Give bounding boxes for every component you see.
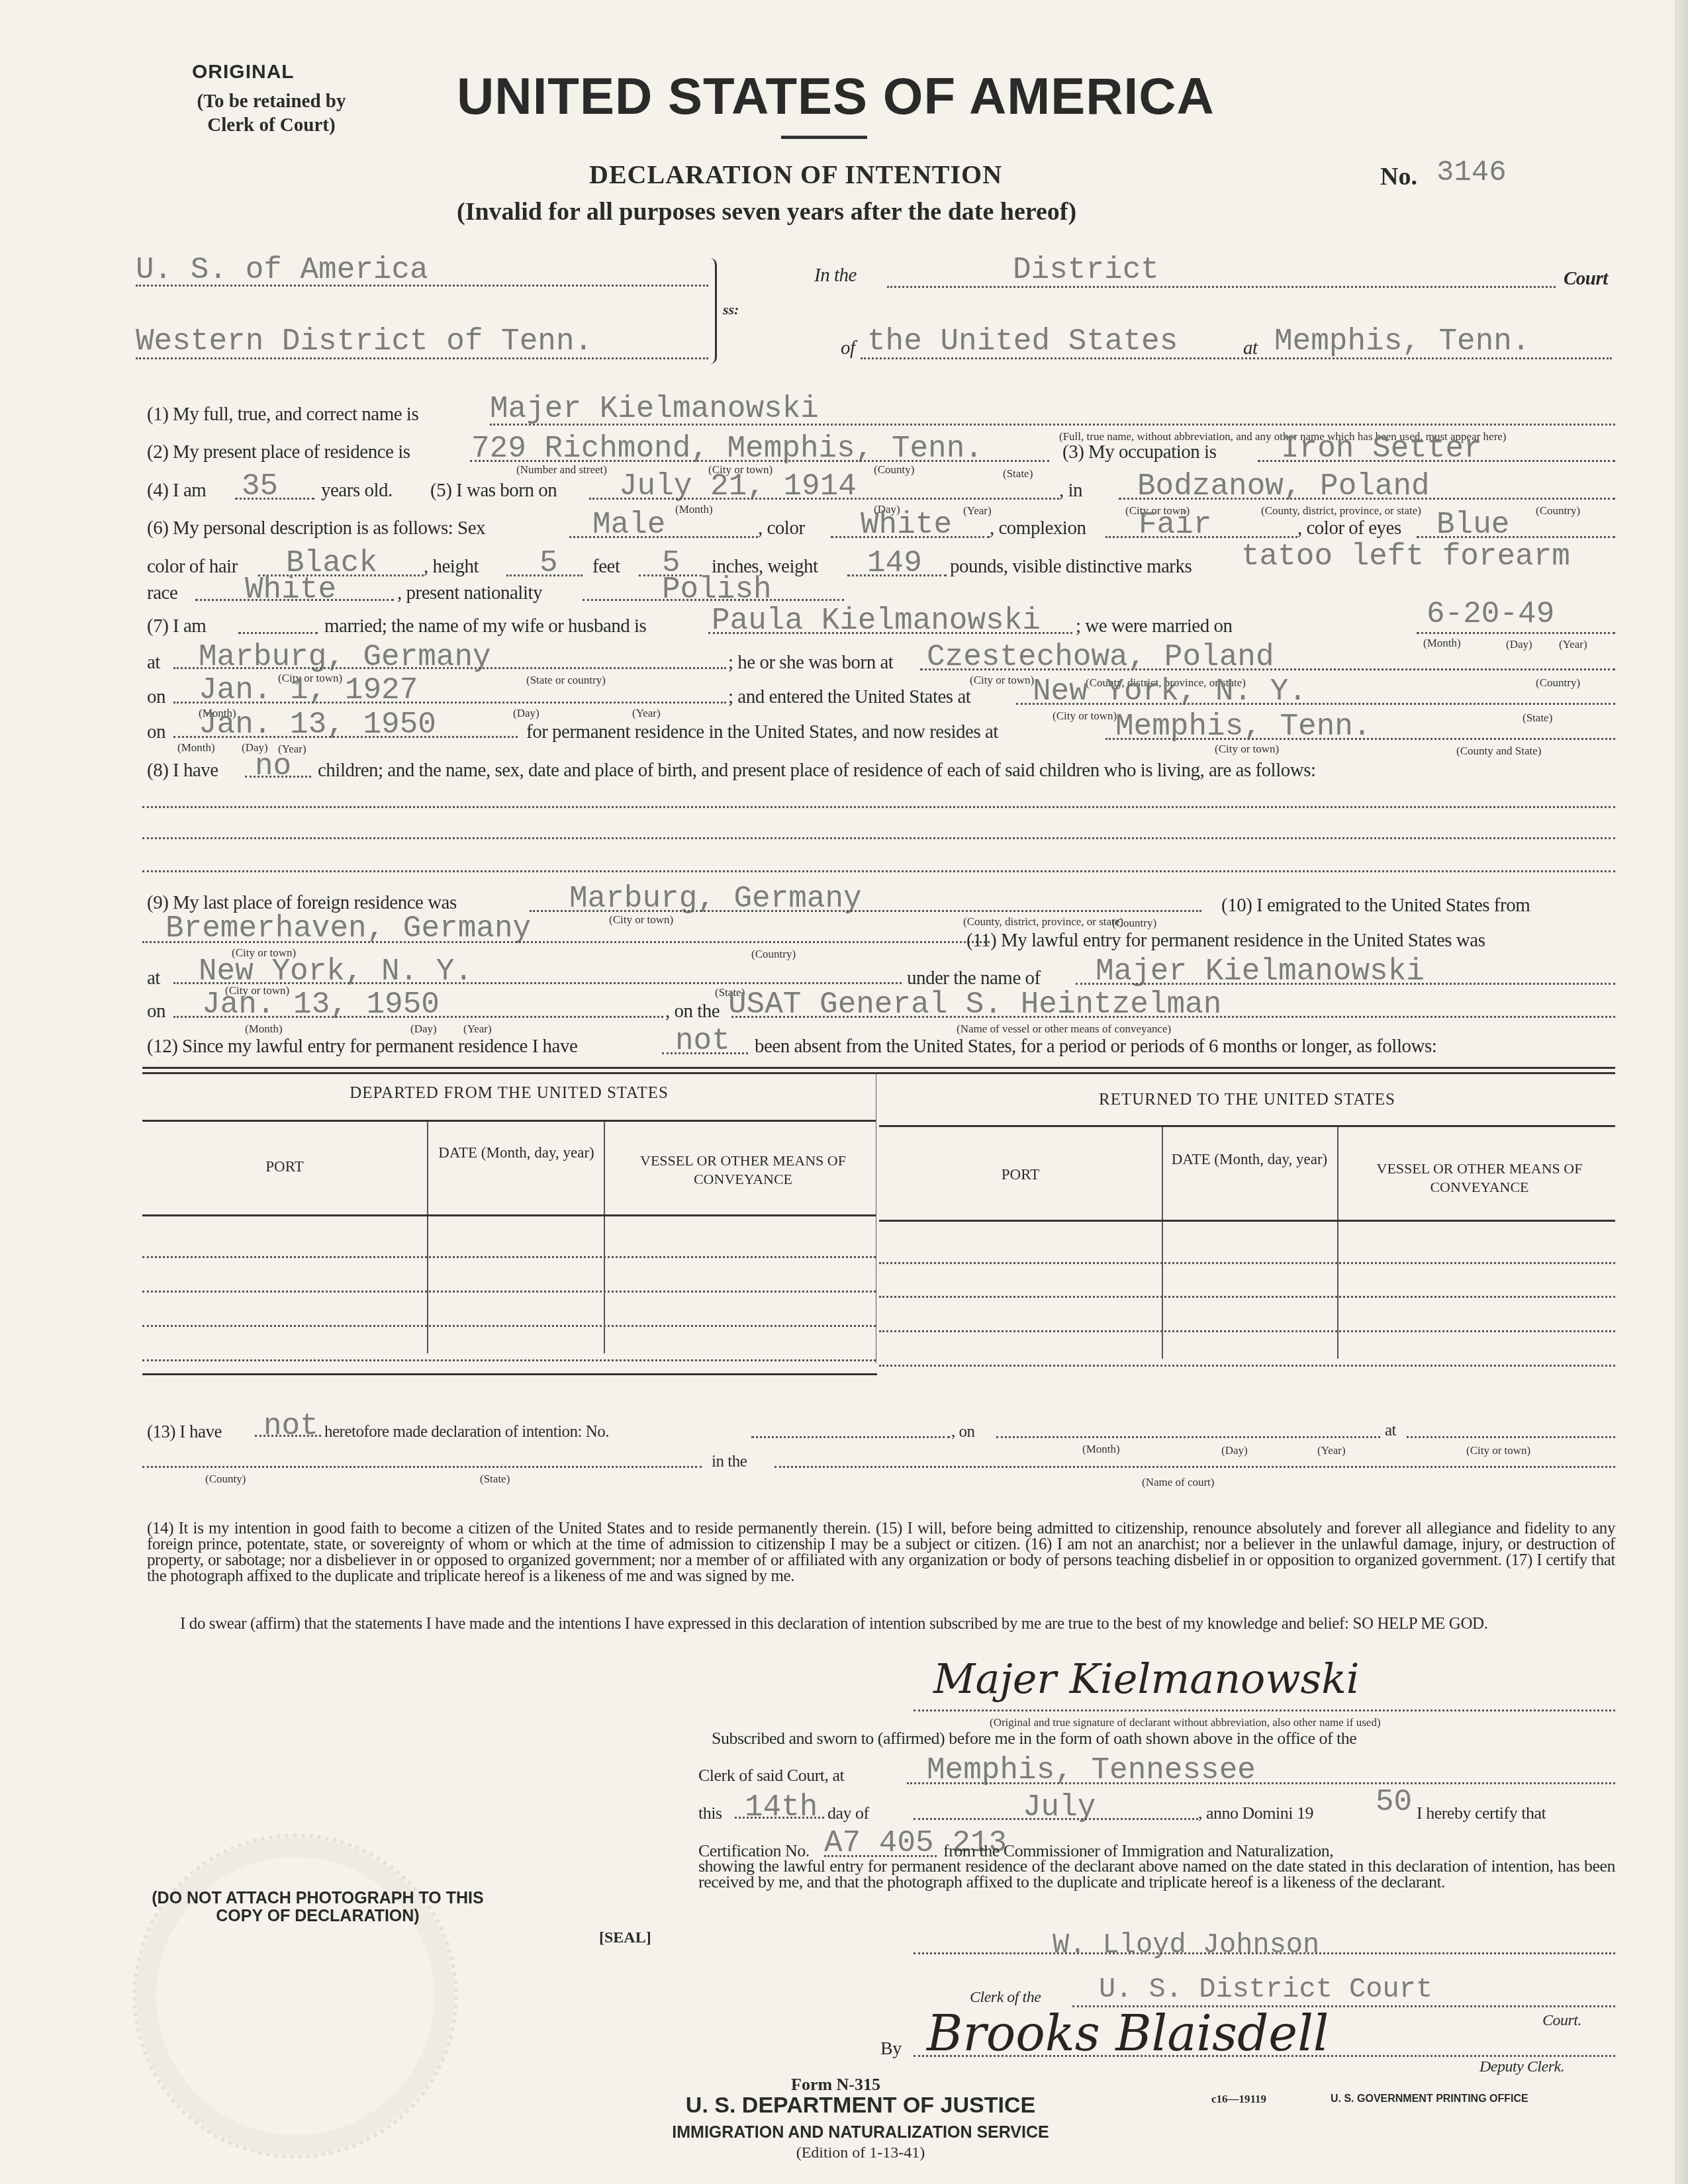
emigrated-from: Bremerhaven, Germany bbox=[165, 913, 531, 944]
entry-date-caption-day: (Day) bbox=[410, 1023, 437, 1036]
table-row[interactable] bbox=[879, 1365, 1615, 1367]
height-feet-line bbox=[506, 574, 583, 576]
table-row[interactable] bbox=[142, 1256, 876, 1258]
marriage-caption-day: (Day) bbox=[1506, 638, 1532, 651]
complexion-line bbox=[1105, 536, 1297, 538]
col-header-date-returned: DATE (Month, day, year) bbox=[1168, 1150, 1331, 1169]
of-label: of bbox=[841, 338, 855, 359]
cert-text-2: showing the lawful entry for permanent r… bbox=[698, 1858, 1615, 1890]
spouse-birthplace-line bbox=[920, 668, 1615, 670]
permanent-label: for permanent residence in the United St… bbox=[526, 721, 998, 743]
table-row[interactable] bbox=[142, 1359, 876, 1361]
q13-text: heretofore made declaration of intention… bbox=[324, 1423, 609, 1441]
spouse-residence-caption-state: (County and State) bbox=[1456, 745, 1541, 758]
vessel-caption: (Name of vessel or other means of convey… bbox=[957, 1023, 1171, 1036]
print-code: c16—19119 bbox=[1211, 2093, 1266, 2106]
table-row[interactable] bbox=[879, 1330, 1615, 1332]
col-header-port-returned: PORT bbox=[879, 1166, 1162, 1183]
marriage-place-line bbox=[173, 667, 726, 669]
retained-note-line-2: Clerk of Court) bbox=[146, 113, 397, 137]
height-label: , height bbox=[424, 556, 479, 578]
clerk-court: U. S. District Court bbox=[1099, 1976, 1432, 2003]
q2-caption-state: (State) bbox=[1003, 467, 1033, 480]
q2-label: (2) My present place of residence is bbox=[147, 441, 410, 463]
court-type: District bbox=[1013, 255, 1159, 285]
prior-city-line bbox=[1407, 1436, 1615, 1438]
q7-label: (7) I am bbox=[147, 615, 206, 637]
col-divider-4 bbox=[1337, 1127, 1338, 1359]
table-row[interactable] bbox=[879, 1262, 1615, 1264]
q10-caption-country: (Country) bbox=[751, 948, 796, 961]
form-title: DECLARATION OF INTENTION bbox=[589, 159, 1002, 190]
eye-color-line bbox=[1417, 536, 1615, 538]
entered-label: ; and entered the United States at bbox=[728, 686, 970, 708]
hair-label: color of hair bbox=[147, 556, 238, 578]
spouse-born-label: ; he or she was born at bbox=[728, 652, 893, 674]
weight-line bbox=[847, 574, 947, 576]
q4-label: (4) I am bbox=[147, 480, 206, 502]
residence-line bbox=[470, 460, 1049, 462]
edition: (Edition of 1-13-41) bbox=[596, 2144, 1125, 2162]
under-name-label: under the name of bbox=[907, 968, 1041, 989]
marriage-date-line bbox=[1417, 632, 1615, 634]
entry-date-caption-year: (Year) bbox=[463, 1023, 492, 1036]
prior-caption-year: (Year) bbox=[1317, 1444, 1346, 1457]
children-count-line bbox=[245, 776, 311, 778]
spouse-entry-place-line bbox=[1016, 703, 1615, 705]
by-label: By bbox=[880, 2038, 902, 2060]
this-label: this bbox=[698, 1803, 722, 1823]
venue-country-line bbox=[136, 285, 708, 287]
spouse-birthplace-caption-country: (Country) bbox=[1536, 676, 1580, 690]
certify-label: I hereby certify that bbox=[1417, 1803, 1546, 1823]
q4-suffix: years old. bbox=[321, 480, 393, 502]
table-center-divider bbox=[876, 1072, 879, 1363]
spouse-birth-caption-day: (Day) bbox=[513, 707, 539, 720]
prior-number-line bbox=[751, 1436, 950, 1438]
signature-caption: (Original and true signature of declaran… bbox=[990, 1716, 1381, 1729]
prior-county-state-line bbox=[142, 1466, 702, 1468]
sworn-month-line bbox=[914, 1818, 1198, 1820]
q11-label: (11) My lawful entry for permanent resid… bbox=[966, 930, 1485, 952]
court-location: Memphis, Tenn. bbox=[1274, 326, 1530, 357]
printer-name: U. S. GOVERNMENT PRINTING OFFICE bbox=[1331, 2093, 1528, 2105]
q10-label: (10) I emigrated to the United States fr… bbox=[1221, 895, 1530, 917]
spouse-birthplace-caption-city: (City or town) bbox=[970, 674, 1034, 687]
eyes-label: , color of eyes bbox=[1297, 518, 1401, 539]
prior-caption-month: (Month) bbox=[1082, 1443, 1120, 1456]
form-subtitle: (Invalid for all purposes seven years af… bbox=[457, 197, 1076, 226]
children-line-1 bbox=[142, 806, 1615, 808]
q5-label: (5) I was born on bbox=[430, 480, 557, 502]
clerk-at-label: Clerk of said Court, at bbox=[698, 1766, 844, 1786]
marriage-at-label: at bbox=[147, 652, 160, 674]
color-label: , color bbox=[758, 518, 805, 539]
sworn-day-line bbox=[735, 1817, 824, 1819]
table-row[interactable] bbox=[142, 1325, 876, 1327]
nationality-label: , present nationality bbox=[397, 582, 542, 604]
full-name: Majer Kielmanowski bbox=[490, 394, 819, 424]
nationality-line bbox=[583, 599, 844, 601]
race-label: race bbox=[147, 582, 177, 604]
court-type-line bbox=[887, 286, 1556, 288]
subscribed-text: Subscribed and sworn to (affirmed) befor… bbox=[712, 1729, 1356, 1749]
children-line-3 bbox=[142, 870, 1615, 872]
sex-line bbox=[569, 536, 758, 538]
venue-at-label: at bbox=[1243, 338, 1258, 359]
column-header-rule-right bbox=[879, 1220, 1615, 1222]
clerk-name-line bbox=[914, 1952, 1615, 1954]
q9-caption-province: (County, district, province, or state) bbox=[963, 915, 1123, 929]
oath-paragraph-1: (14) It is my intention in good faith to… bbox=[147, 1521, 1615, 1584]
clerk-location: Memphis, Tennessee bbox=[927, 1755, 1256, 1786]
married-status-line bbox=[238, 632, 318, 634]
marriage-caption-year: (Year) bbox=[1559, 638, 1587, 651]
venue-country: U. S. of America bbox=[136, 255, 428, 285]
clerk-location-line bbox=[907, 1782, 1615, 1784]
entry-date-caption-month: (Month) bbox=[245, 1023, 283, 1036]
race-line bbox=[195, 599, 394, 601]
last-foreign-residence-line bbox=[530, 910, 1201, 912]
col-header-port-departed: PORT bbox=[142, 1158, 427, 1175]
q1-label: (1) My full, true, and correct name is bbox=[147, 404, 418, 426]
deputy-signature: Brooks Blaisdell bbox=[927, 2005, 1329, 2062]
ss-label: ss: bbox=[723, 301, 739, 318]
departed-header-rule bbox=[142, 1120, 876, 1122]
spouse-residence-caption-city: (City or town) bbox=[1215, 743, 1279, 756]
birth-in-label: , in bbox=[1059, 480, 1082, 502]
prior-caption-court: (Name of court) bbox=[1142, 1476, 1215, 1489]
birth-place-line bbox=[1119, 498, 1615, 500]
q9-caption-city: (City or town) bbox=[609, 913, 673, 927]
photo-note-line-2: COPY OF DECLARATION) bbox=[146, 1907, 490, 1925]
q5-caption-year: (Year) bbox=[963, 504, 992, 518]
col-header-vessel-returned: VESSEL OR OTHER MEANS OF CONVEYANCE bbox=[1344, 1160, 1615, 1197]
marriage-caption-month: (Month) bbox=[1423, 637, 1461, 650]
form-number: Form N-315 bbox=[791, 2075, 880, 2095]
pounds-label: pounds, visible distinctive marks bbox=[950, 556, 1192, 578]
on-the-label: , on the bbox=[665, 1001, 720, 1023]
entry-date-line bbox=[173, 1016, 663, 1018]
number-label: No. bbox=[1380, 162, 1417, 191]
q8-text: children; and the name, sex, date and pl… bbox=[318, 760, 1316, 782]
prior-declaration-value-line bbox=[255, 1435, 321, 1437]
prior-declaration-value: not bbox=[263, 1411, 318, 1441]
color-line bbox=[831, 536, 990, 538]
court-suffix-label: Court. bbox=[1542, 2012, 1581, 2030]
marriage-place-caption-country: (State or country) bbox=[526, 674, 606, 687]
q12-text: been absent from the United States, for … bbox=[755, 1036, 1436, 1058]
spouse-entry-caption-state: (State) bbox=[1523, 711, 1552, 725]
seal-label: [SEAL] bbox=[599, 1929, 651, 1947]
emigrated-from-line bbox=[142, 941, 990, 943]
q3-label: (3) My occupation is bbox=[1062, 441, 1216, 463]
q8-label: (8) I have bbox=[147, 760, 218, 782]
prior-in-the-label: in the bbox=[712, 1453, 747, 1471]
col-header-vessel-departed: VESSEL OR OTHER MEANS OF CONVEYANCE bbox=[612, 1152, 874, 1189]
retained-note: (To be retained by Clerk of Court) bbox=[146, 89, 397, 137]
embossed-seal bbox=[132, 1833, 458, 2159]
q6-label: (6) My personal description is as follow… bbox=[147, 518, 485, 539]
vessel-line bbox=[731, 1016, 1615, 1018]
sworn-year-suffix: 50 bbox=[1376, 1787, 1412, 1817]
q2-caption-street: (Number and street) bbox=[516, 463, 607, 477]
prior-court-line bbox=[774, 1466, 1615, 1468]
declaration-number: 3146 bbox=[1436, 156, 1507, 189]
spouse-entry-date-caption-month: (Month) bbox=[177, 741, 215, 754]
feet-label: feet bbox=[592, 556, 620, 578]
day-of-label: day of bbox=[827, 1803, 869, 1823]
declarant-signature-line bbox=[914, 1709, 1615, 1711]
spouse-residence-line bbox=[1105, 738, 1615, 740]
col-divider-1 bbox=[427, 1122, 428, 1353]
page-edge bbox=[1675, 0, 1688, 2184]
q13-label: (13) I have bbox=[147, 1422, 222, 1442]
venue-district-line bbox=[136, 357, 708, 359]
returned-header-rule bbox=[879, 1125, 1615, 1127]
title-rule bbox=[781, 136, 867, 139]
q12-label: (12) Since my lawful entry for permanent… bbox=[147, 1036, 577, 1058]
q9-caption-country: (Country) bbox=[1112, 917, 1156, 930]
retained-note-line-1: (To be retained by bbox=[146, 89, 397, 113]
clerk-of-label: Clerk of the bbox=[970, 1989, 1041, 2007]
entry-on-label: on bbox=[147, 1001, 165, 1023]
spouse-entry-caption-city: (City or town) bbox=[1053, 709, 1117, 723]
occupation-line bbox=[1258, 460, 1615, 462]
q2-caption-county: (County) bbox=[874, 463, 914, 477]
prior-caption-city: (City or town) bbox=[1466, 1444, 1530, 1457]
prior-caption-county: (County) bbox=[205, 1473, 246, 1486]
absent-value-line bbox=[662, 1052, 748, 1054]
entry-name-line bbox=[1076, 983, 1615, 985]
spouse-name-line bbox=[708, 632, 1072, 634]
photo-note: (DO NOT ATTACH PHOTOGRAPH TO THIS COPY O… bbox=[146, 1889, 490, 1925]
children-line-2 bbox=[142, 837, 1615, 839]
court-label: Court bbox=[1564, 268, 1608, 290]
deputy-label: Deputy Clerk. bbox=[1479, 2058, 1564, 2076]
married-on-label: ; we were married on bbox=[1076, 615, 1232, 637]
table-top-rule-1 bbox=[142, 1067, 1615, 1069]
oath-paragraph-2: I do swear (affirm) that the statements … bbox=[147, 1616, 1615, 1632]
column-header-rule-left bbox=[142, 1214, 876, 1216]
prior-caption-state: (State) bbox=[480, 1473, 510, 1486]
distinctive-marks: tatoo left forearm bbox=[1241, 541, 1570, 572]
col-divider-2 bbox=[604, 1122, 605, 1353]
court-of: the United States bbox=[867, 326, 1178, 357]
table-row[interactable] bbox=[879, 1296, 1615, 1298]
col-header-date-departed: DATE (Month, day, year) bbox=[437, 1144, 596, 1162]
spouse-entry-on-label: on bbox=[147, 721, 165, 743]
court-location-line bbox=[861, 357, 1612, 359]
prior-caption-day: (Day) bbox=[1221, 1444, 1248, 1457]
entry-at-label: at bbox=[147, 968, 160, 989]
departed-header: DEPARTED FROM THE UNITED STATES bbox=[142, 1084, 876, 1103]
in-the-label: In the bbox=[814, 265, 857, 287]
q5-caption-province: (County, district, province, or state) bbox=[1261, 504, 1421, 518]
q5-caption-country: (Country) bbox=[1536, 504, 1580, 518]
col-divider-3 bbox=[1162, 1127, 1163, 1359]
venue-district: Western District of Tenn. bbox=[136, 326, 592, 357]
marriage-date: 6-20-49 bbox=[1427, 599, 1554, 629]
prior-on-label: , on bbox=[951, 1423, 975, 1441]
anno-label: , anno Domini 19 bbox=[1198, 1803, 1313, 1823]
page-title: UNITED STATES OF AMERICA bbox=[457, 66, 1215, 126]
venue-brace bbox=[708, 258, 717, 364]
birth-date-line bbox=[589, 498, 1059, 500]
prior-date-line bbox=[996, 1436, 1380, 1438]
spouse-birth-date-line bbox=[173, 702, 726, 704]
department-name: U. S. DEPARTMENT OF JUSTICE bbox=[596, 2093, 1125, 2118]
spouse-birth-on-label: on bbox=[147, 686, 165, 708]
returned-header: RETURNED TO THE UNITED STATES bbox=[879, 1091, 1615, 1109]
original-label: ORIGINAL bbox=[192, 61, 295, 83]
married-label: married; the name of my wife or husband … bbox=[324, 615, 646, 637]
clerk-name: W. Lloyd Johnson bbox=[1053, 1931, 1319, 1959]
spouse-entry-date-line bbox=[173, 736, 518, 738]
complexion-label: , complexion bbox=[990, 518, 1086, 539]
spouse-birth-caption-year: (Year) bbox=[632, 707, 661, 720]
age-line bbox=[235, 498, 314, 500]
service-name: IMMIGRATION AND NATURALIZATION SERVICE bbox=[596, 2123, 1125, 2142]
full-name-line bbox=[490, 424, 1615, 426]
table-bottom-rule bbox=[142, 1373, 877, 1375]
prior-at-label: at bbox=[1385, 1422, 1396, 1440]
declarant-signature: Majer Kielmanowski bbox=[933, 1655, 1360, 1703]
photo-note-line-1: (DO NOT ATTACH PHOTOGRAPH TO THIS bbox=[146, 1889, 490, 1907]
q5-caption-month: (Month) bbox=[675, 503, 713, 516]
table-row[interactable] bbox=[142, 1291, 876, 1293]
